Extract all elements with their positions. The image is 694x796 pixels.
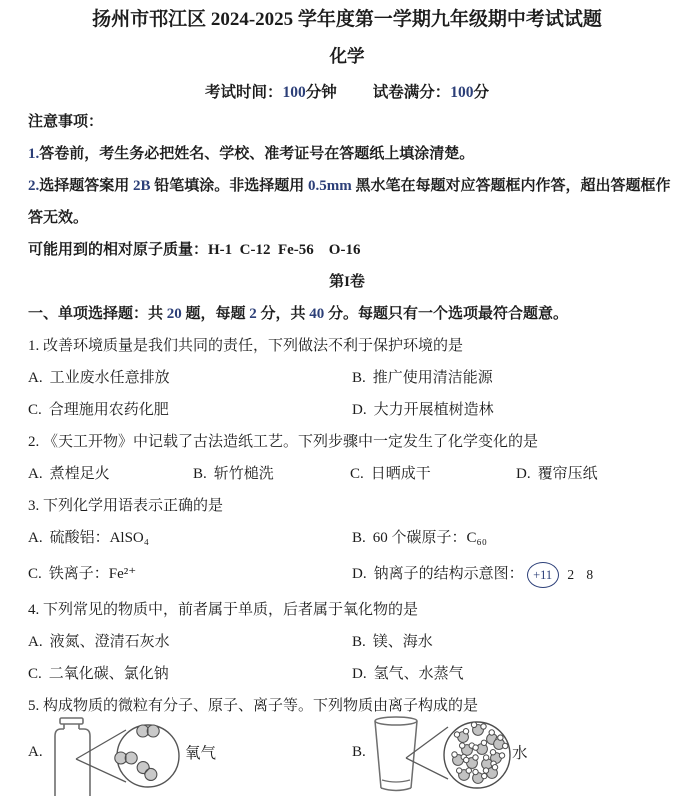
notes-heading: 注意事项：	[0, 106, 694, 138]
full-score-label: 试卷满分：100分	[373, 84, 489, 101]
option-text: 日晒成干	[371, 466, 431, 482]
oxygen-molecule	[137, 725, 159, 737]
option-letter: A.	[28, 634, 43, 650]
option-letter: A.	[28, 466, 43, 482]
q1-option-c: C.合理施用农药化肥	[28, 394, 352, 426]
q1-option-a: A.工业废水任意排放	[28, 362, 352, 394]
question-1-options-row-1: A.工业废水任意排放 B.推广使用清洁能源	[0, 362, 694, 394]
shell-electron-count: 8	[584, 555, 595, 595]
question-4-options-row-2: C.二氧化碳、氯化钠 D.氢气、水蒸气	[0, 658, 694, 690]
option-letter: B.	[352, 530, 366, 546]
q1-option-b: B.推广使用清洁能源	[352, 362, 493, 394]
page-title: 扬州市邗江区 2024-2025 学年度第一学期九年级期中考试试题	[0, 6, 694, 34]
sodium-ion-structure-diagram: +11 2 8	[527, 555, 599, 595]
option-text: 二氧化碳、氯化钠	[49, 666, 169, 682]
glass-rim	[375, 717, 417, 725]
section-instruction: 一、单项选择题：共 20 题，每题 2 分，共 40 分。每题只有一个选项最符合…	[0, 298, 694, 330]
q3-option-c: C.铁离子：Fe²⁺	[28, 554, 352, 594]
option-text: 氢气、水蒸气	[374, 666, 464, 682]
q2-option-c: C.日晒成干	[350, 458, 516, 490]
option-text: 覆帘压纸	[538, 466, 598, 482]
option-text: 工业废水任意排放	[50, 370, 170, 386]
glass-bottom	[381, 788, 411, 791]
figure-label: 水	[512, 744, 528, 764]
exam-paper-page: 扬州市邗江区 2024-2025 学年度第一学期九年级期中考试试题 化学 考试时…	[0, 0, 694, 796]
option-letter: C.	[28, 666, 42, 682]
question-2-stem: 2. 《天工开物》中记载了古法造纸工艺。下列步骤中一定发生了化学变化的是	[0, 426, 694, 458]
option-letter: A.	[28, 370, 43, 386]
q1-option-d: D.大力开展植树造林	[352, 394, 494, 426]
q4-option-d: D.氢气、水蒸气	[352, 658, 464, 690]
option-text: 钠离子的结构示意图：	[374, 566, 524, 582]
exam-time-label: 考试时间：100分钟	[205, 84, 337, 101]
option-text: 斩竹槌洗	[214, 466, 274, 482]
option-letter: A.	[28, 742, 43, 762]
gas-bottle-oxygen-figure	[47, 712, 207, 796]
q4-option-a: A.液氮、澄清石灰水	[28, 626, 352, 658]
q2-option-b: B.斩竹槌洗	[193, 458, 350, 490]
q3-option-b: B.60 个碳原子：C₆₀	[352, 522, 487, 554]
option-text: 液氮、澄清石灰水	[50, 634, 170, 650]
option-text: 合理施用农药化肥	[49, 402, 169, 418]
option-text: 镁、海水	[373, 634, 433, 650]
option-letter: C.	[28, 402, 42, 418]
q4-option-c: C.二氧化碳、氯化钠	[28, 658, 352, 690]
option-text: 推广使用清洁能源	[373, 370, 493, 386]
q3-option-a: A.硫酸铝：AlSO₄	[28, 522, 352, 554]
question-3-stem: 3. 下列化学用语表示正确的是	[0, 490, 694, 522]
question-2-options-row: A.煮楻足火 B.斩竹槌洗 C.日晒成干 D.覆帘压纸	[0, 458, 694, 490]
q2-option-a: A.煮楻足火	[28, 458, 193, 490]
volume-heading: 第I卷	[0, 266, 694, 298]
option-letter: D.	[352, 402, 367, 418]
q4-option-b: B.镁、海水	[352, 626, 433, 658]
note-item-2: 2.选择题答案用 2B 铅笔填涂。非选择题用 0.5mm 黑水笔在每题对应答题框…	[0, 170, 694, 234]
figure-label: 氧气	[185, 744, 216, 764]
electron-shell-2: 8	[582, 554, 599, 596]
option-letter: C.	[350, 466, 364, 482]
exam-info-line: 考试时间：100分钟试卷满分：100分	[0, 80, 694, 106]
option-text: 铁离子：Fe²⁺	[49, 566, 136, 582]
q2-option-d: D.覆帘压纸	[516, 458, 598, 490]
option-letter: B.	[352, 634, 366, 650]
option-letter: B.	[352, 370, 366, 386]
option-letter: D.	[516, 466, 531, 482]
atomic-mass-line: 可能用到的相对原子质量：H-1 C-12 Fe-56 O-16	[0, 234, 694, 266]
option-letter: D.	[352, 666, 367, 682]
option-letter: A.	[28, 530, 43, 546]
q3-option-d: D.钠离子的结构示意图： +11 2 8	[352, 554, 599, 594]
nucleus-charge: +11	[527, 562, 559, 588]
q5-option-a-figure: A. 氧气	[28, 712, 278, 796]
question-3-options-row-1: A.硫酸铝：AlSO₄ B.60 个碳原子：C₆₀	[0, 522, 694, 554]
option-letter: B.	[193, 466, 207, 482]
option-letter: B.	[352, 742, 366, 762]
option-letter: C.	[28, 566, 42, 582]
note-item-1: 1.答卷前，考生务必把姓名、学校、准考证号在答题纸上填涂清楚。	[0, 138, 694, 170]
bottle-cap	[60, 718, 83, 724]
option-text: 硫酸铝：AlSO₄	[50, 530, 149, 546]
question-4-stem: 4. 下列常见的物质中，前者属于单质，后者属于氧化物的是	[0, 594, 694, 626]
option-text: 煮楻足火	[50, 466, 110, 482]
question-1-options-row-2: C.合理施用农药化肥 D.大力开展植树造林	[0, 394, 694, 426]
option-text: 60 个碳原子：C₆₀	[373, 530, 487, 546]
option-letter: D.	[352, 566, 367, 582]
question-4-options-row-1: A.液氮、澄清石灰水 B.镁、海水	[0, 626, 694, 658]
oxygen-molecule	[115, 752, 137, 764]
q5-option-b-figure: B.	[352, 712, 602, 796]
question-1-stem: 1. 改善环境质量是我们共同的责任，下列做法不利于保护环境的是	[0, 330, 694, 362]
option-text: 大力开展植树造林	[374, 402, 494, 418]
question-3-options-row-2: C.铁离子：Fe²⁺ D.钠离子的结构示意图： +11 2 8	[0, 554, 694, 594]
subject-title: 化学	[0, 43, 694, 69]
